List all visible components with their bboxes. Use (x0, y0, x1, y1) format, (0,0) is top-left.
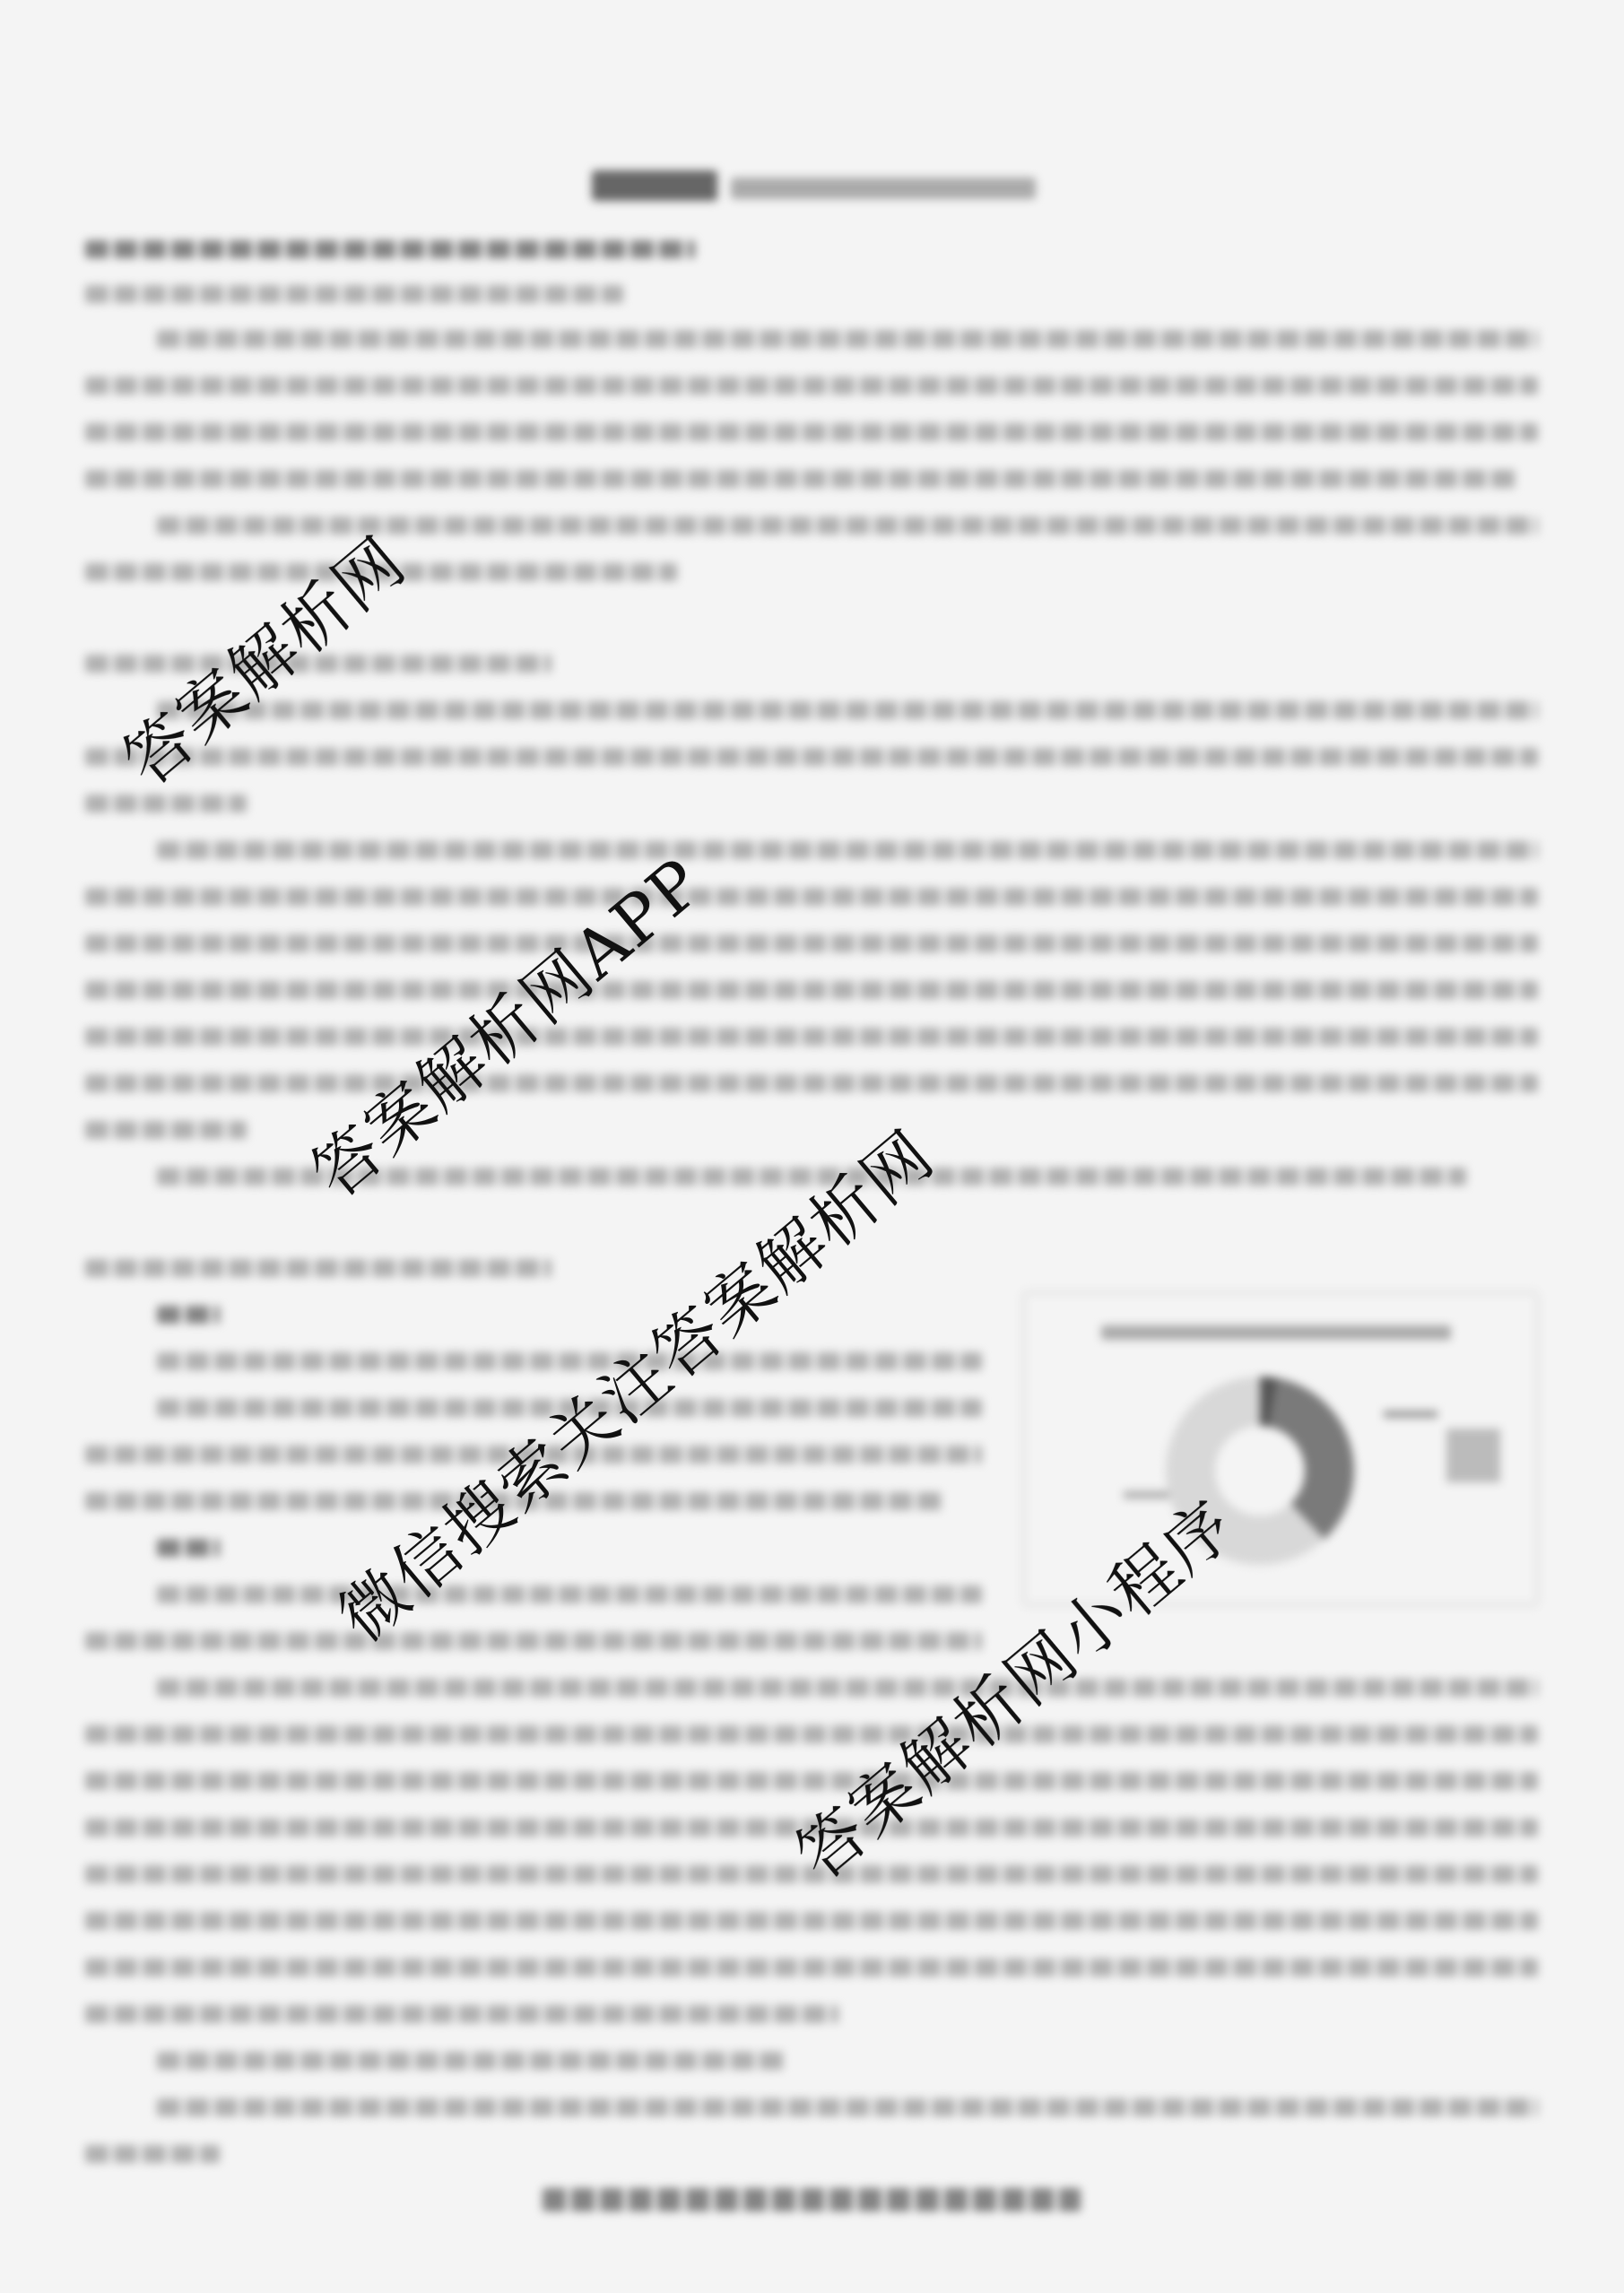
text-line (85, 1772, 1538, 1790)
text-line (85, 423, 1538, 441)
page-footer (543, 2188, 1081, 2211)
question-25-heading (85, 285, 623, 303)
text-line (85, 470, 1520, 488)
text-line (157, 1352, 982, 1370)
text-line (85, 1632, 982, 1650)
text-line (157, 701, 1538, 719)
text-line (85, 981, 1538, 999)
text-line (85, 934, 1538, 952)
text-line (157, 1679, 1538, 1697)
chart-title (1101, 1325, 1451, 1340)
watermark: 微信搜索关注答案解析网 (316, 1105, 951, 1660)
text-line (85, 748, 1538, 766)
text-line (157, 841, 1538, 859)
material-1-label (157, 1306, 220, 1324)
part-heading (85, 240, 695, 258)
material-2-label (157, 1539, 220, 1557)
text-line (157, 330, 1538, 348)
section-subtitle (731, 178, 1036, 199)
text-line (85, 1121, 247, 1139)
text-line (85, 1074, 1538, 1092)
text-line (85, 1028, 1538, 1046)
chart-label (1384, 1411, 1437, 1418)
text-line (85, 2145, 220, 2163)
text-line (85, 377, 1538, 395)
sub-question-2 (157, 2098, 1538, 2116)
text-line (85, 1959, 1538, 1976)
sub-question-1 (157, 2052, 785, 2070)
text-line (85, 888, 1538, 906)
text-line (157, 1585, 982, 1603)
section-title (592, 170, 717, 201)
text-line (85, 2005, 838, 2023)
text-line (85, 1725, 1538, 1743)
text-line (85, 1912, 1538, 1930)
chart-legend (1446, 1429, 1500, 1482)
question-27-heading (85, 1259, 551, 1277)
